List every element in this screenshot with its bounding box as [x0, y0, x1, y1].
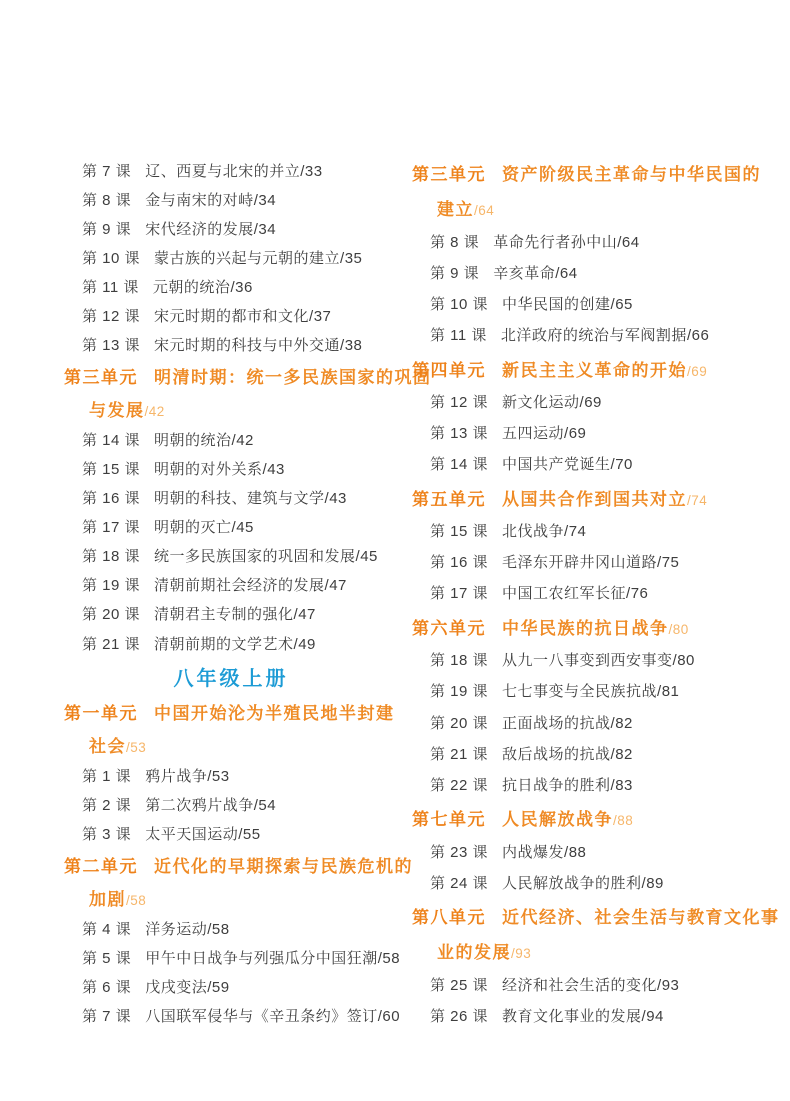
lesson-entry: 第 12 课宋元时期的都市和文化/37: [64, 305, 398, 326]
unit-heading: 第一单元中国开始沦为半殖民地半封建: [64, 699, 398, 724]
lesson-page-number: /38: [340, 337, 362, 354]
lesson-number: 第 8 课: [82, 189, 131, 210]
lesson-title: 清朝君主专制的强化: [154, 606, 294, 623]
unit-heading: 第三单元明清时期：统一多民族国家的巩固: [64, 363, 398, 388]
lesson-page-number: /34: [254, 221, 276, 238]
lesson-entry: 第 13 课宋元时期的科技与中外交通/38: [64, 334, 398, 355]
lesson-title: 革命先行者孙中山: [493, 234, 617, 251]
lesson-number: 第 2 课: [82, 794, 131, 815]
lesson-entry: 第 11 课北洋政府的统治与军阀割据/66: [412, 324, 754, 345]
unit-label: 第七单元: [412, 805, 486, 830]
book-title: 八年级上册: [64, 662, 398, 691]
lesson-entry: 第 17 课明朝的灭亡/45: [64, 516, 398, 537]
unit-label: 第三单元: [412, 160, 486, 185]
lesson-title: 第二次鸦片战争: [145, 797, 254, 814]
lesson-title: 辽、西夏与北宋的并立: [145, 163, 300, 180]
lesson-title: 明朝的科技、建筑与文学: [154, 490, 325, 507]
lesson-page-number: /33: [300, 163, 322, 180]
unit-title: 新民主主义革命的开始: [502, 361, 687, 380]
lesson-page-number: /64: [617, 234, 639, 251]
lesson-title: 元朝的统治: [153, 279, 231, 296]
lesson-page-number: /94: [642, 1008, 664, 1025]
lesson-page-number: /47: [294, 606, 316, 623]
unit-label: 第六单元: [412, 614, 486, 639]
lesson-number: 第 11 课: [82, 276, 139, 297]
unit-heading: 第二单元近代化的早期探索与民族危机的: [64, 852, 398, 877]
unit-label: 第三单元: [64, 363, 138, 388]
lesson-number: 第 7 课: [82, 160, 131, 181]
lesson-number: 第 5 课: [82, 947, 131, 968]
lesson-page-number: /60: [378, 1008, 400, 1025]
lesson-entry: 第 13 课五四运动/69: [412, 422, 754, 443]
lesson-title: 中国工农红军长征: [502, 585, 626, 602]
lesson-number: 第 10 课: [430, 293, 488, 314]
lesson-entry: 第 10 课蒙古族的兴起与元朝的建立/35: [64, 247, 398, 268]
lesson-title: 统一多民族国家的巩固和发展: [154, 548, 356, 565]
lesson-page-number: /47: [325, 577, 347, 594]
lesson-page-number: /45: [232, 519, 254, 536]
lesson-page-number: /80: [673, 652, 695, 669]
lesson-number: 第 4 课: [82, 918, 131, 939]
lesson-entry: 第 21 课敌后战场的抗战/82: [412, 743, 754, 764]
lesson-number: 第 20 课: [82, 603, 140, 624]
unit-label: 第二单元: [64, 852, 138, 877]
lesson-number: 第 8 课: [430, 231, 479, 252]
lesson-page-number: /66: [687, 327, 709, 344]
lesson-entry: 第 16 课明朝的科技、建筑与文学/43: [64, 487, 398, 508]
lesson-title: 甲午中日战争与列强瓜分中国狂潮: [145, 950, 378, 967]
lesson-number: 第 6 课: [82, 976, 131, 997]
lesson-number: 第 15 课: [82, 458, 140, 479]
lesson-entry: 第 4 课洋务运动/58: [64, 918, 398, 939]
lesson-page-number: /53: [207, 768, 229, 785]
lesson-page-number: /82: [611, 715, 633, 732]
lesson-page-number: /54: [254, 797, 276, 814]
lesson-entry: 第 8 课金与南宋的对峙/34: [64, 189, 398, 210]
lesson-entry: 第 22 课抗日战争的胜利/83: [412, 774, 754, 795]
lesson-title: 敌后战场的抗战: [502, 746, 611, 763]
lesson-title: 金与南宋的对峙: [145, 192, 254, 209]
unit-page-number: /80: [669, 622, 689, 637]
lesson-title: 辛亥革命: [493, 265, 555, 282]
unit-page-number: /69: [687, 364, 707, 379]
lesson-page-number: /49: [294, 636, 316, 653]
lesson-title: 七七事变与全民族抗战: [502, 683, 657, 700]
lesson-entry: 第 18 课统一多民族国家的巩固和发展/45: [64, 545, 398, 566]
lesson-title: 宋代经济的发展: [145, 221, 254, 238]
lesson-number: 第 17 课: [430, 582, 488, 603]
lesson-page-number: /74: [564, 523, 586, 540]
lesson-entry: 第 8 课革命先行者孙中山/64: [412, 231, 754, 252]
lesson-entry: 第 20 课清朝君主专制的强化/47: [64, 603, 398, 624]
lesson-number: 第 16 课: [430, 551, 488, 572]
unit-heading: 第五单元从国共合作到国共对立/74: [412, 485, 754, 510]
lesson-title: 中华民国的创建: [502, 296, 611, 313]
lesson-page-number: /42: [232, 432, 254, 449]
unit-title-continued: 业的发展: [437, 943, 511, 962]
lesson-title: 鸦片战争: [145, 768, 207, 785]
lesson-entry: 第 5 课甲午中日战争与列强瓜分中国狂潮/58: [64, 947, 398, 968]
lesson-entry: 第 2 课第二次鸦片战争/54: [64, 794, 398, 815]
lesson-page-number: /64: [555, 265, 577, 282]
lesson-entry: 第 17 课中国工农红军长征/76: [412, 582, 754, 603]
unit-title: 中国开始沦为半殖民地半封建: [154, 704, 395, 723]
unit-heading: 第四单元新民主主义革命的开始/69: [412, 356, 754, 381]
lesson-number: 第 25 课: [430, 974, 488, 995]
unit-page-number: /64: [474, 203, 494, 218]
lesson-page-number: /35: [340, 250, 362, 267]
unit-label: 第四单元: [412, 356, 486, 381]
toc-column-right: 第三单元资产阶级民主革命与中华民国的建立/64第 8 课革命先行者孙中山/64第…: [412, 160, 754, 1026]
lesson-title: 北伐战争: [502, 523, 564, 540]
unit-heading: 第三单元资产阶级民主革命与中华民国的: [412, 160, 754, 185]
lesson-number: 第 11 课: [430, 324, 487, 345]
lesson-title: 五四运动: [502, 425, 564, 442]
unit-heading-continuation: 与发展/42: [64, 396, 398, 421]
unit-title-continued: 社会: [89, 737, 126, 756]
lesson-title: 八国联军侵华与《辛丑条约》签订: [145, 1008, 378, 1025]
unit-heading-continuation: 建立/64: [412, 195, 754, 220]
lesson-title: 太平天国运动: [145, 826, 238, 843]
lesson-entry: 第 24 课人民解放战争的胜利/89: [412, 872, 754, 893]
lesson-number: 第 15 课: [430, 520, 488, 541]
unit-heading-continuation: 加剧/58: [64, 885, 398, 910]
lesson-number: 第 1 课: [82, 765, 131, 786]
lesson-title: 蒙古族的兴起与元朝的建立: [154, 250, 340, 267]
lesson-page-number: /55: [238, 826, 260, 843]
lesson-page-number: /65: [611, 296, 633, 313]
lesson-title: 抗日战争的胜利: [502, 777, 611, 794]
lesson-page-number: /69: [564, 425, 586, 442]
unit-page-number: /58: [126, 893, 146, 908]
unit-label: 第一单元: [64, 699, 138, 724]
lesson-title: 从九一八事变到西安事变: [502, 652, 673, 669]
toc-column-left: 第 7 课辽、西夏与北宋的并立/33第 8 课金与南宋的对峙/34第 9 课宋代…: [64, 160, 398, 1026]
lesson-number: 第 26 课: [430, 1005, 488, 1026]
lesson-number: 第 12 课: [82, 305, 140, 326]
lesson-number: 第 7 课: [82, 1005, 131, 1026]
unit-label: 第五单元: [412, 485, 486, 510]
lesson-page-number: /45: [356, 548, 378, 565]
unit-heading-continuation: 业的发展/93: [412, 938, 754, 963]
lesson-title: 中国共产党诞生: [502, 456, 611, 473]
lesson-page-number: /36: [230, 279, 252, 296]
lesson-page-number: /58: [378, 950, 400, 967]
unit-title-continued: 与发展: [89, 401, 145, 420]
lesson-page-number: /70: [611, 456, 633, 473]
lesson-number: 第 3 课: [82, 823, 131, 844]
lesson-title: 清朝前期社会经济的发展: [154, 577, 325, 594]
lesson-page-number: /37: [309, 308, 331, 325]
lesson-number: 第 9 课: [430, 262, 479, 283]
lesson-number: 第 21 课: [430, 743, 488, 764]
lesson-entry: 第 23 课内战爆发/88: [412, 841, 754, 862]
lesson-entry: 第 12 课新文化运动/69: [412, 391, 754, 412]
unit-page-number: /88: [613, 813, 633, 828]
unit-page-number: /42: [145, 404, 165, 419]
lesson-page-number: /59: [207, 979, 229, 996]
lesson-page-number: /81: [657, 683, 679, 700]
lesson-entry: 第 1 课鸦片战争/53: [64, 765, 398, 786]
lesson-page-number: /82: [611, 746, 633, 763]
lesson-entry: 第 7 课八国联军侵华与《辛丑条约》签订/60: [64, 1005, 398, 1026]
unit-page-number: /74: [687, 493, 707, 508]
lesson-number: 第 13 课: [82, 334, 140, 355]
lesson-page-number: /88: [564, 844, 586, 861]
lesson-number: 第 17 课: [82, 516, 140, 537]
lesson-number: 第 20 课: [430, 712, 488, 733]
lesson-entry: 第 26 课教育文化事业的发展/94: [412, 1005, 754, 1026]
lesson-entry: 第 9 课宋代经济的发展/34: [64, 218, 398, 239]
lesson-entry: 第 14 课中国共产党诞生/70: [412, 453, 754, 474]
lesson-page-number: /83: [611, 777, 633, 794]
lesson-title: 洋务运动: [145, 921, 207, 938]
unit-title: 明清时期：统一多民族国家的巩固: [154, 368, 432, 387]
lesson-number: 第 16 课: [82, 487, 140, 508]
lesson-title: 毛泽东开辟井冈山道路: [502, 554, 657, 571]
lesson-title: 明朝的灭亡: [154, 519, 232, 536]
lesson-entry: 第 15 课北伐战争/74: [412, 520, 754, 541]
unit-title: 近代化的早期探索与民族危机的: [154, 857, 413, 876]
lesson-number: 第 12 课: [430, 391, 488, 412]
unit-heading: 第六单元中华民族的抗日战争/80: [412, 614, 754, 639]
unit-title: 人民解放战争: [502, 810, 613, 829]
unit-heading: 第八单元近代经济、社会生活与教育文化事: [412, 903, 754, 928]
lesson-page-number: /76: [626, 585, 648, 602]
lesson-number: 第 18 课: [82, 545, 140, 566]
lesson-number: 第 14 课: [82, 429, 140, 450]
lesson-page-number: /58: [207, 921, 229, 938]
lesson-page-number: /43: [325, 490, 347, 507]
lesson-title: 明朝的统治: [154, 432, 232, 449]
lesson-number: 第 9 课: [82, 218, 131, 239]
lesson-number: 第 24 课: [430, 872, 488, 893]
lesson-entry: 第 9 课辛亥革命/64: [412, 262, 754, 283]
unit-heading-continuation: 社会/53: [64, 732, 398, 757]
lesson-title: 教育文化事业的发展: [502, 1008, 642, 1025]
toc-page: 第 7 课辽、西夏与北宋的并立/33第 8 课金与南宋的对峙/34第 9 课宋代…: [0, 0, 790, 1101]
lesson-title: 戊戌变法: [145, 979, 207, 996]
unit-title-continued: 加剧: [89, 890, 126, 909]
lesson-number: 第 19 课: [82, 574, 140, 595]
lesson-entry: 第 20 课正面战场的抗战/82: [412, 712, 754, 733]
lesson-number: 第 18 课: [430, 649, 488, 670]
lesson-entry: 第 10 课中华民国的创建/65: [412, 293, 754, 314]
lesson-entry: 第 3 课太平天国运动/55: [64, 823, 398, 844]
lesson-entry: 第 19 课清朝前期社会经济的发展/47: [64, 574, 398, 595]
lesson-entry: 第 16 课毛泽东开辟井冈山道路/75: [412, 551, 754, 572]
unit-title: 从国共合作到国共对立: [502, 490, 687, 509]
lesson-entry: 第 18 课从九一八事变到西安事变/80: [412, 649, 754, 670]
lesson-page-number: /34: [254, 192, 276, 209]
unit-title: 中华民族的抗日战争: [502, 619, 669, 638]
lesson-page-number: /69: [580, 394, 602, 411]
unit-title: 近代经济、社会生活与教育文化事: [502, 908, 780, 927]
unit-heading: 第七单元人民解放战争/88: [412, 805, 754, 830]
unit-label: 第八单元: [412, 903, 486, 928]
lesson-title: 北洋政府的统治与军阀割据: [501, 327, 687, 344]
lesson-number: 第 19 课: [430, 680, 488, 701]
unit-title: 资产阶级民主革命与中华民国的: [502, 165, 761, 184]
lesson-entry: 第 25 课经济和社会生活的变化/93: [412, 974, 754, 995]
unit-page-number: /93: [511, 946, 531, 961]
lesson-entry: 第 21 课清朝前期的文学艺术/49: [64, 633, 398, 654]
lesson-page-number: /93: [657, 977, 679, 994]
lesson-number: 第 14 课: [430, 453, 488, 474]
lesson-number: 第 21 课: [82, 633, 140, 654]
lesson-page-number: /89: [642, 875, 664, 892]
lesson-title: 经济和社会生活的变化: [502, 977, 657, 994]
lesson-title: 宋元时期的科技与中外交通: [154, 337, 340, 354]
lesson-title: 人民解放战争的胜利: [502, 875, 642, 892]
lesson-page-number: /75: [657, 554, 679, 571]
lesson-entry: 第 6 课戊戌变法/59: [64, 976, 398, 997]
lesson-title: 明朝的对外关系: [154, 461, 263, 478]
lesson-entry: 第 15 课明朝的对外关系/43: [64, 458, 398, 479]
lesson-page-number: /43: [263, 461, 285, 478]
lesson-entry: 第 11 课元朝的统治/36: [64, 276, 398, 297]
lesson-number: 第 23 课: [430, 841, 488, 862]
lesson-entry: 第 7 课辽、西夏与北宋的并立/33: [64, 160, 398, 181]
unit-page-number: /53: [126, 740, 146, 755]
lesson-entry: 第 14 课明朝的统治/42: [64, 429, 398, 450]
lesson-title: 新文化运动: [502, 394, 580, 411]
lesson-title: 宋元时期的都市和文化: [154, 308, 309, 325]
lesson-entry: 第 19 课七七事变与全民族抗战/81: [412, 680, 754, 701]
lesson-number: 第 10 课: [82, 247, 140, 268]
lesson-title: 清朝前期的文学艺术: [154, 636, 294, 653]
unit-title-continued: 建立: [437, 200, 474, 219]
lesson-title: 内战爆发: [502, 844, 564, 861]
lesson-number: 第 22 课: [430, 774, 488, 795]
lesson-title: 正面战场的抗战: [502, 715, 611, 732]
lesson-number: 第 13 课: [430, 422, 488, 443]
